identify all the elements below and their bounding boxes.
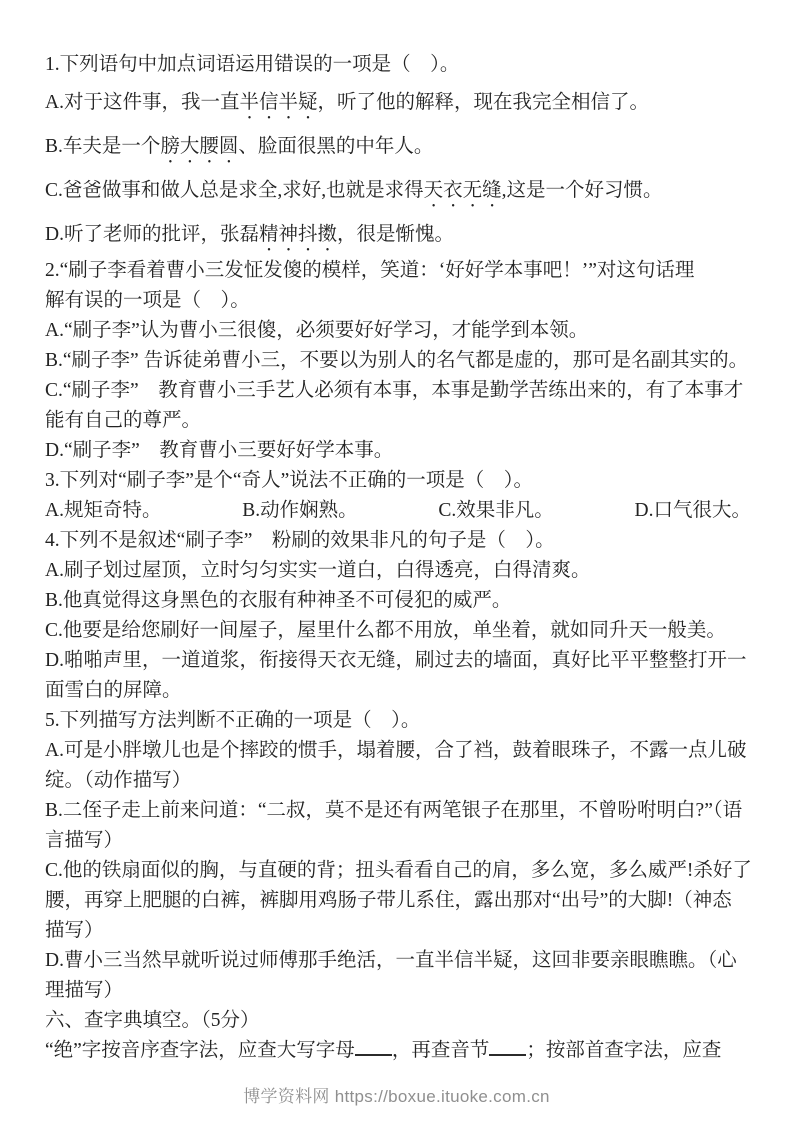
q4-stem: 4.下列不是叙述“刷子李” 粉刷的效果非凡的句子是（ ）。 <box>45 526 753 556</box>
q4-option-d-line1: D.啪啪声里，一道道浆，衔接得天衣无缝，刷过去的墙面，真好比平平整整打开一 <box>45 646 753 676</box>
text-segment: 腰，再穿上肥腿的白裤，裤脚用鸡肠子带儿系住，露出那对“出号”的大脚!（神态 <box>45 890 732 911</box>
option-cell: B.动作娴熟。 <box>242 496 357 526</box>
q4-option-c: C.他要是给您刷好一间屋子，屋里什么都不用放，单坐着，就如同升天一般美。 <box>45 616 753 646</box>
option-cell: D.口气很大。 <box>635 496 751 526</box>
q5-option-b-line1: B.二侄子走上前来问道：“二叔，莫不是还有两笔银子在那里，不曾吩咐明白?”（语 <box>45 796 753 826</box>
q2-option-b: B.“刷子李” 告诉徒弟曹小三，不要以为别人的名气都是虚的，那可是名副其实的。 <box>45 346 753 376</box>
text-segment: 4.下列不是叙述“刷子李” 粉刷的效果非凡的句子是（ ）。 <box>45 530 555 551</box>
q5-option-c-line1: C.他的铁扇面似的胸，与直硬的背；扭头看看自己的肩，多么宽，多么威严!杀好了 <box>45 856 753 886</box>
emphasized-word: 半信半疑 <box>239 92 317 113</box>
q1-option-b: B.车夫是一个膀大腰圆、脸面很黑的中年人。 <box>45 132 753 168</box>
q5-option-d-line1: D.曹小三当然早就听说过师傅那手绝活，一直半信半疑，这回非要亲眼瞧瞧。（心 <box>45 946 753 976</box>
q1-option-a: A.对于这件事，我一直半信半疑，听了他的解释，现在我完全相信了。 <box>45 88 753 124</box>
section6-heading: 六、查字典填空。（5分） <box>45 1006 753 1036</box>
text-segment: B.“刷子李” 告诉徒弟曹小三，不要以为别人的名气都是虚的，那可是名副其实的。 <box>45 350 748 371</box>
text-segment: D.啪啪声里，一道道浆，衔接得天衣无缝，刷过去的墙面，真好比平平整整打开一 <box>45 650 746 671</box>
fill-in-blank <box>489 1039 526 1056</box>
q1-option-d: D.听了老师的批评，张磊精神抖擞，很是惭愧。 <box>45 220 753 256</box>
q4-option-a: A.刷子划过屋顶，立时匀匀实实一道白，白得透亮，白得清爽。 <box>45 556 753 586</box>
text-segment: B.他真觉得这身黑色的衣服有种神圣不可侵犯的威严。 <box>45 590 511 611</box>
option-cell: C.效果非凡。 <box>438 496 553 526</box>
text-segment: 面雪白的屏障。 <box>45 680 182 701</box>
q2-option-c-line2: 能有自己的尊严。 <box>45 406 753 436</box>
option-cell: A.规矩奇特。 <box>45 496 161 526</box>
text-segment: D.“刷子李” 教育曹小三要好好学本事。 <box>45 440 393 461</box>
text-segment: C.他的铁扇面似的胸，与直硬的背；扭头看看自己的肩，多么宽，多么威严!杀好了 <box>45 860 752 881</box>
q4-option-d-line2: 面雪白的屏障。 <box>45 676 753 706</box>
text-segment: 六、查字典填空。（5分） <box>45 1010 260 1031</box>
text-segment: 3.下列对“刷子李”是个“奇人”说法不正确的一项是（ ）。 <box>45 470 533 491</box>
text-segment: A.刷子划过屋顶，立时匀匀实实一道白，白得透亮，白得清爽。 <box>45 560 590 581</box>
q2-option-c-line1: C.“刷子李” 教育曹小三手艺人必须有本事，本事是勤学苦练出来的，有了本事才 <box>45 376 753 406</box>
section6-question: “绝”字按音序查字法，应查大写字母，再查音节；按部首查字法，应查 <box>45 1036 753 1066</box>
text-segment: B.二侄子走上前来问道：“二叔，莫不是还有两笔银子在那里，不曾吩咐明白?”（语 <box>45 800 742 821</box>
text-segment: B.车夫是一个 <box>45 136 160 157</box>
text-segment: ,这是一个好习惯。 <box>502 180 663 201</box>
text-segment: “绝”字按音序查字法，应查大写字母 <box>45 1040 355 1061</box>
text-segment: 描写） <box>45 920 104 941</box>
q5-stem: 5.下列描写方法判断不正确的一项是（ ）。 <box>45 706 753 736</box>
q4-option-b: B.他真觉得这身黑色的衣服有种神圣不可侵犯的威严。 <box>45 586 753 616</box>
q5-option-c-line3: 描写） <box>45 916 753 946</box>
text-segment: ，很是惭愧。 <box>337 224 454 245</box>
text-segment: A.“刷子李”认为曹小三很傻，必须要好好学习，才能学到本领。 <box>45 320 588 341</box>
text-segment: A.可是小胖墩儿也是个摔跤的惯手，塌着腰，合了裆，鼓着眼珠子，不露一点儿破 <box>45 740 746 761</box>
fill-in-blank <box>355 1039 392 1056</box>
exam-page: 1.下列语句中加点词语运用错误的一项是（ ）。A.对于这件事，我一直半信半疑，听… <box>0 0 793 1066</box>
text-segment: 1.下列语句中加点词语运用错误的一项是（ ）。 <box>45 54 459 75</box>
q5-option-b-line2: 言描写） <box>45 826 753 856</box>
q1-stem: 1.下列语句中加点词语运用错误的一项是（ ）。 <box>45 50 753 80</box>
text-segment: 5.下列描写方法判断不正确的一项是（ ）。 <box>45 710 420 731</box>
text-segment: 言描写） <box>45 830 123 851</box>
q5-option-a-line1: A.可是小胖墩儿也是个摔跤的惯手，塌着腰，合了裆，鼓着眼珠子，不露一点儿破 <box>45 736 753 766</box>
q5-option-a-line2: 绽。（动作描写） <box>45 766 753 796</box>
text-segment: 绽。（动作描写） <box>45 770 191 791</box>
watermark-footer: 博学资料网 https://boxue.ituoke.com.cn <box>0 1082 793 1107</box>
q3-stem: 3.下列对“刷子李”是个“奇人”说法不正确的一项是（ ）。 <box>45 466 753 496</box>
emphasized-word: 天衣无缝 <box>424 180 502 201</box>
text-segment: 能有自己的尊严。 <box>45 410 201 431</box>
text-segment: D.曹小三当然早就听说过师傅那手绝活，一直半信半疑，这回非要亲眼瞧瞧。（心 <box>45 950 737 971</box>
text-segment: C.他要是给您刷好一间屋子，屋里什么都不用放，单坐着，就如同升天一般美。 <box>45 620 726 641</box>
text-segment: C.爸爸做事和做人总是求全,求好,也就是求得 <box>45 180 424 201</box>
q2-stem-line2: 解有误的一项是（ ）。 <box>45 286 753 316</box>
text-segment: A.对于这件事，我一直 <box>45 92 239 113</box>
q2-option-a: A.“刷子李”认为曹小三很傻，必须要好好学习，才能学到本领。 <box>45 316 753 346</box>
text-segment: ，再查音节 <box>392 1040 490 1061</box>
text-segment: 2.“刷子李看着曹小三发怔发傻的模样，笑道：‘好好学本事吧！’”对这句话理 <box>45 260 694 281</box>
q2-option-d: D.“刷子李” 教育曹小三要好好学本事。 <box>45 436 753 466</box>
text-segment: 、脸面很黑的中年人。 <box>238 136 433 157</box>
q1-option-c: C.爸爸做事和做人总是求全,求好,也就是求得天衣无缝,这是一个好习惯。 <box>45 176 753 212</box>
text-segment: 解有误的一项是（ ）。 <box>45 290 250 311</box>
emphasized-word: 膀大腰圆 <box>160 136 238 157</box>
q2-stem-line1: 2.“刷子李看着曹小三发怔发傻的模样，笑道：‘好好学本事吧！’”对这句话理 <box>45 256 753 286</box>
q5-option-d-line2: 理描写） <box>45 976 753 1006</box>
q5-option-c-line2: 腰，再穿上肥腿的白裤，裤脚用鸡肠子带儿系住，露出那对“出号”的大脚!（神态 <box>45 886 753 916</box>
text-segment: C.“刷子李” 教育曹小三手艺人必须有本事，本事是勤学苦练出来的，有了本事才 <box>45 380 743 401</box>
text-segment: D.听了老师的批评，张磊 <box>45 224 259 245</box>
text-segment: ，听了他的解释，现在我完全相信了。 <box>317 92 649 113</box>
emphasized-word: 精神抖擞 <box>259 224 337 245</box>
text-segment: ；按部首查字法，应查 <box>526 1040 721 1061</box>
text-segment: 理描写） <box>45 980 123 1001</box>
q3-options: A.规矩奇特。B.动作娴熟。C.效果非凡。D.口气很大。 <box>45 496 753 526</box>
